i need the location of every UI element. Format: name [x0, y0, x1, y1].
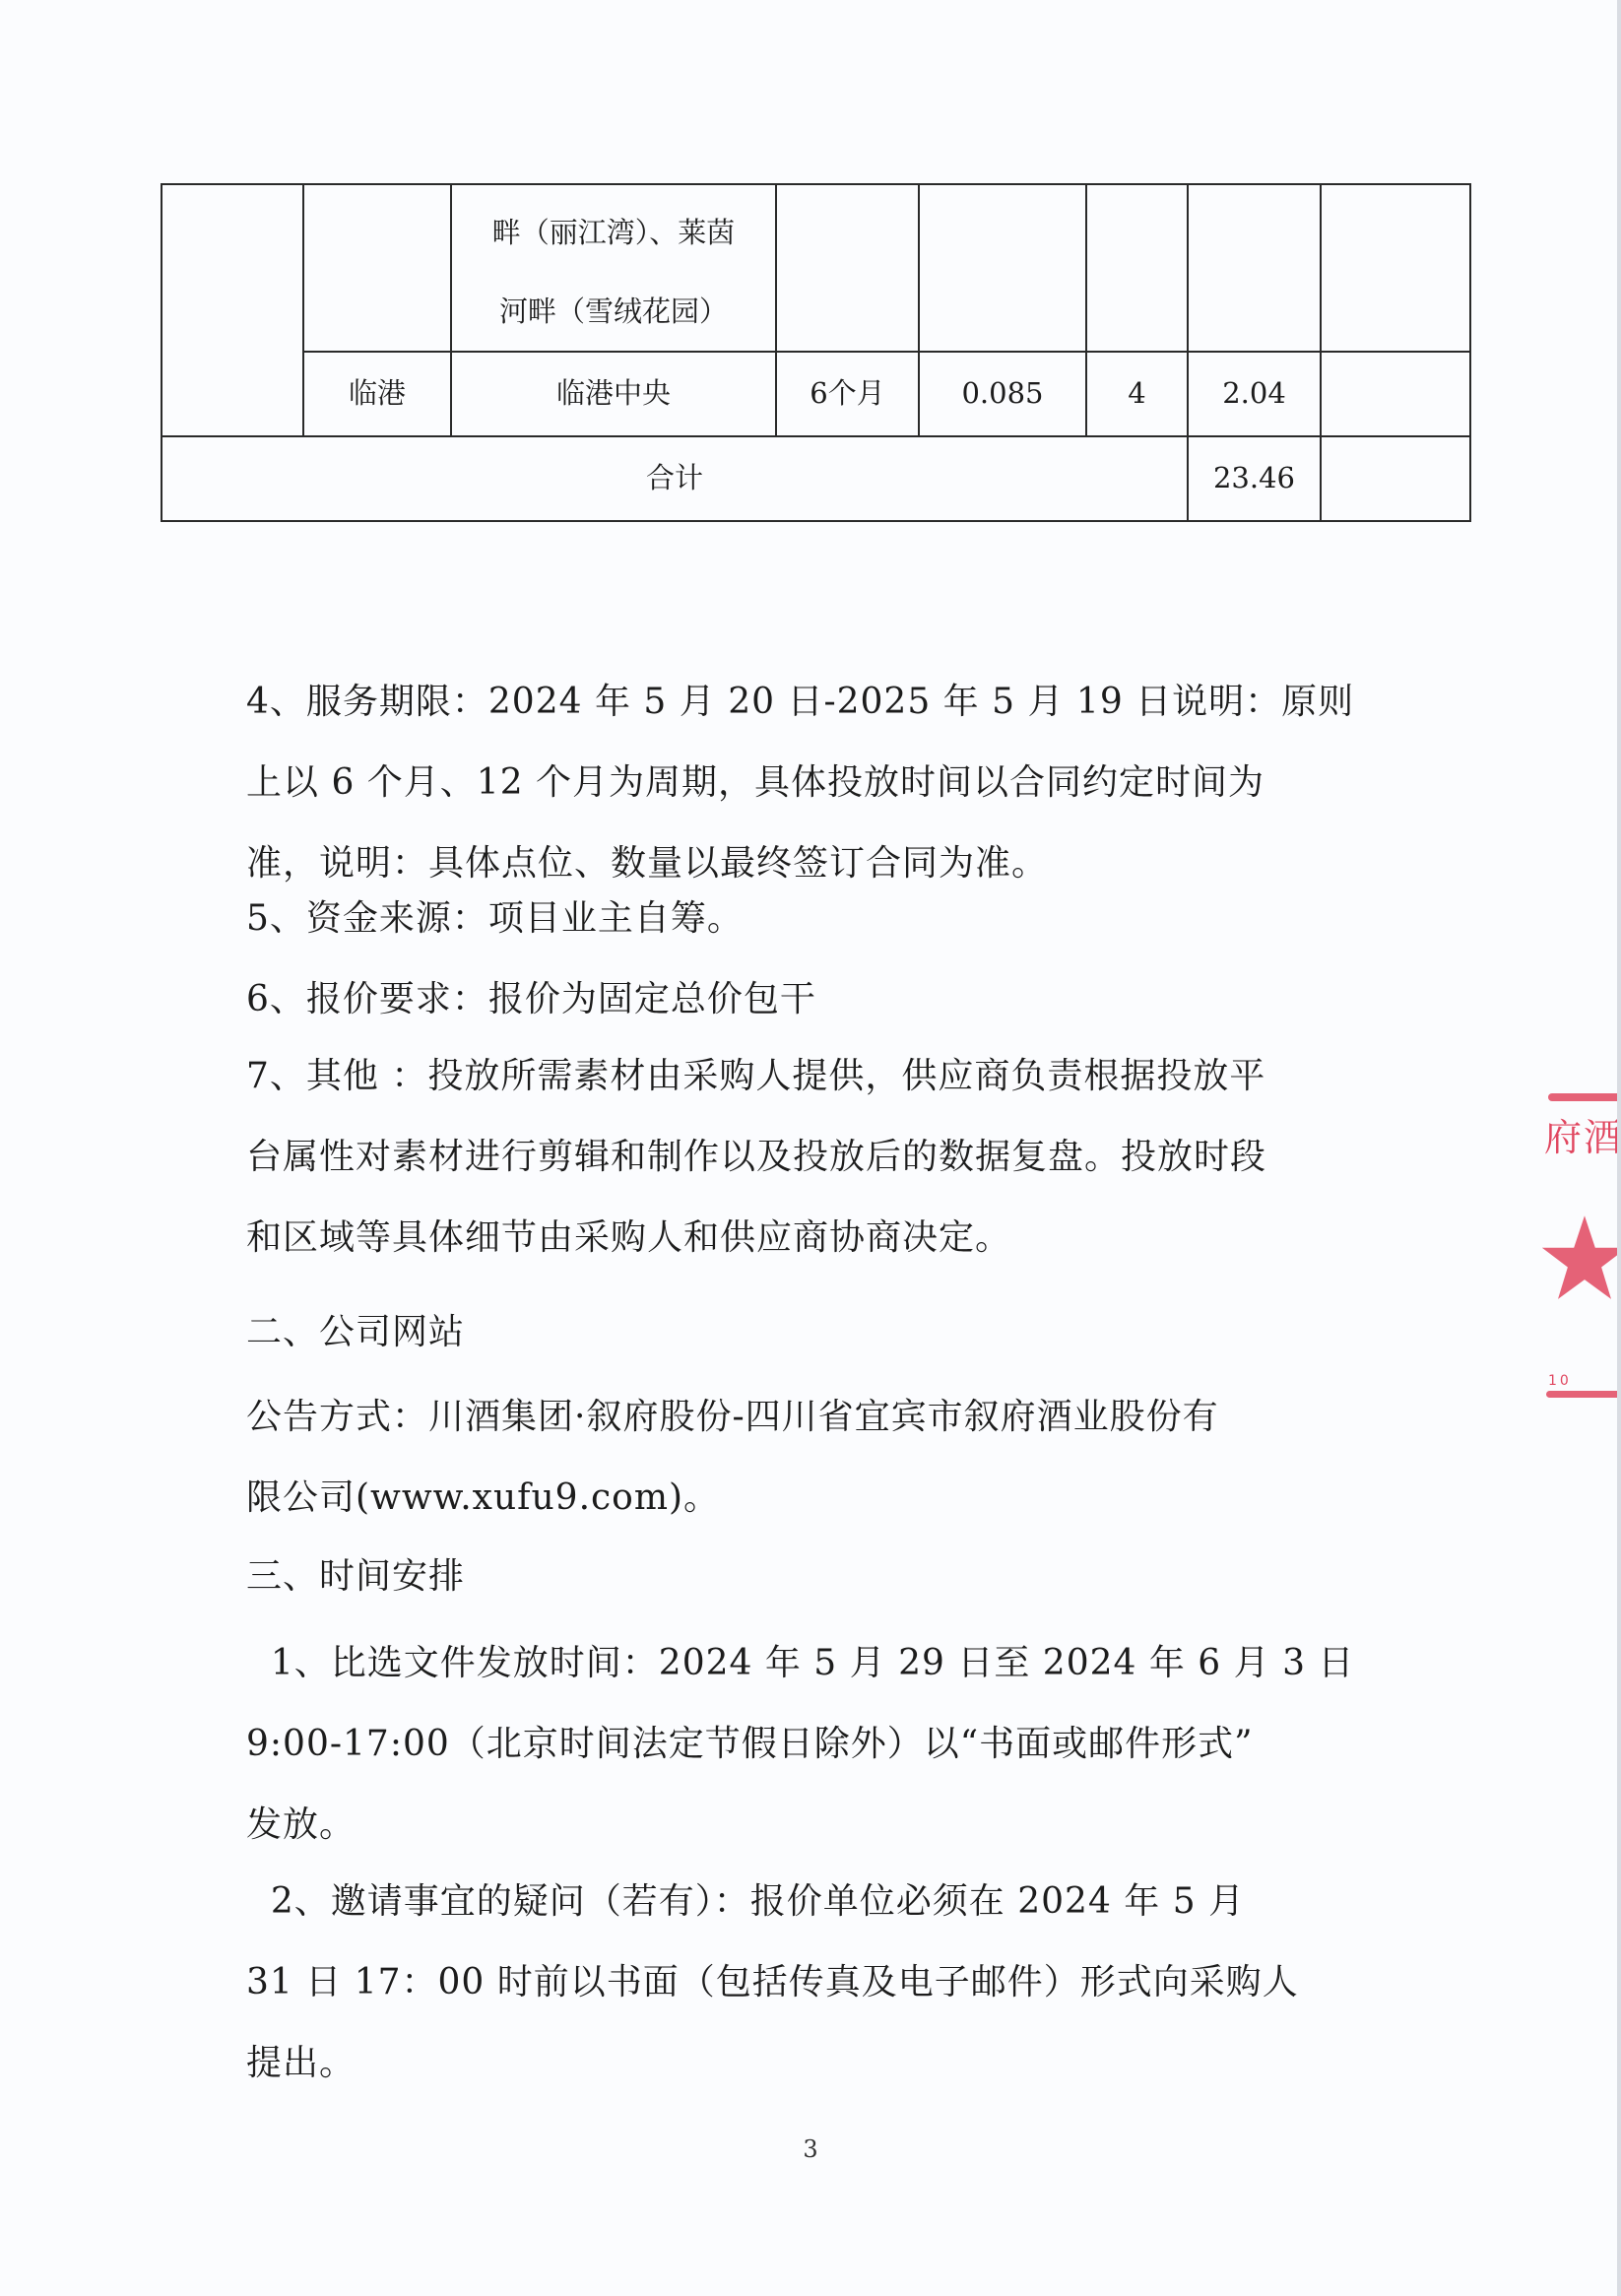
table-cell-amount [1188, 184, 1321, 352]
stamp-border-top [1548, 1093, 1621, 1101]
table-total-remark [1321, 436, 1470, 521]
page-edge [1617, 0, 1621, 2296]
announcement-paragraph: 公告方式：川酒集团·叙府股份-四川省宜宾市叙府酒业股份有 限公司(www.xuf… [246, 1377, 1379, 1539]
table-total-row: 合计 23.46 [162, 436, 1470, 521]
table-total-amount: 23.46 [1188, 436, 1321, 521]
schedule-item-1: 1、比选文件发放时间：2024 年 5 月 29 日至 2024 年 6 月 3… [246, 1623, 1379, 1866]
table-cell-region [162, 184, 303, 436]
stamp-number: 10 [1548, 1373, 1572, 1389]
service-period-paragraph: 4、服务期限：2024 年 5 月 20 日-2025 年 5 月 19 日说明… [246, 662, 1379, 904]
table-cell-period: 6个月 [776, 352, 919, 436]
other-paragraph: 7、其他 ：投放所需素材由采购人提供，供应商负责根据投放平 台属性对素材进行剪辑… [246, 1036, 1379, 1279]
table-cell-remark [1321, 184, 1470, 352]
page-number: 3 [0, 2135, 1621, 2163]
pricing-table: 畔（丽江湾）、莱茵 河畔（雪绒花园） 临港 临港中央 6个月 0.085 4 2… [161, 183, 1471, 522]
table-cell-period [776, 184, 919, 352]
table-cell-unit-price [919, 184, 1086, 352]
table-cell-quantity [1086, 184, 1188, 352]
table-cell-location: 畔（丽江湾）、莱茵 河畔（雪绒花园） [451, 184, 776, 352]
funding-source-paragraph: 5、资金来源：项目业主自筹。 [246, 879, 1379, 959]
location-text: 畔（丽江湾）、莱茵 河畔（雪绒花园） [492, 216, 736, 328]
table-row: 临港 临港中央 6个月 0.085 4 2.04 [162, 352, 1470, 436]
schedule-item-2: 2、邀请事宜的疑问（若有）：报价单位必须在 2024 年 5 月 31 日 17… [246, 1862, 1379, 2104]
star-icon [1542, 1212, 1621, 1305]
table-cell-unit-price: 0.085 [919, 352, 1086, 436]
table-row: 畔（丽江湾）、莱茵 河畔（雪绒花园） [162, 184, 1470, 352]
table-cell-quantity: 4 [1086, 352, 1188, 436]
table-cell-district [303, 184, 451, 352]
section-heading-website: 二、公司网站 [246, 1292, 1379, 1373]
table-cell-amount: 2.04 [1188, 352, 1321, 436]
document-page: 畔（丽江湾）、莱茵 河畔（雪绒花园） 临港 临港中央 6个月 0.085 4 2… [0, 0, 1621, 2296]
company-seal-stamp: 府酒 10 [1542, 1093, 1621, 1409]
table-cell-location: 临港中央 [451, 352, 776, 436]
section-heading-schedule: 三、时间安排 [246, 1537, 1379, 1617]
table-cell-district: 临港 [303, 352, 451, 436]
quote-requirement-paragraph: 6、报价要求：报价为固定总价包干 [246, 959, 1379, 1040]
stamp-text: 府酒 [1544, 1107, 1621, 1161]
table-cell-remark [1321, 352, 1470, 436]
table-total-label: 合计 [162, 436, 1188, 521]
stamp-border-bottom [1546, 1391, 1621, 1398]
